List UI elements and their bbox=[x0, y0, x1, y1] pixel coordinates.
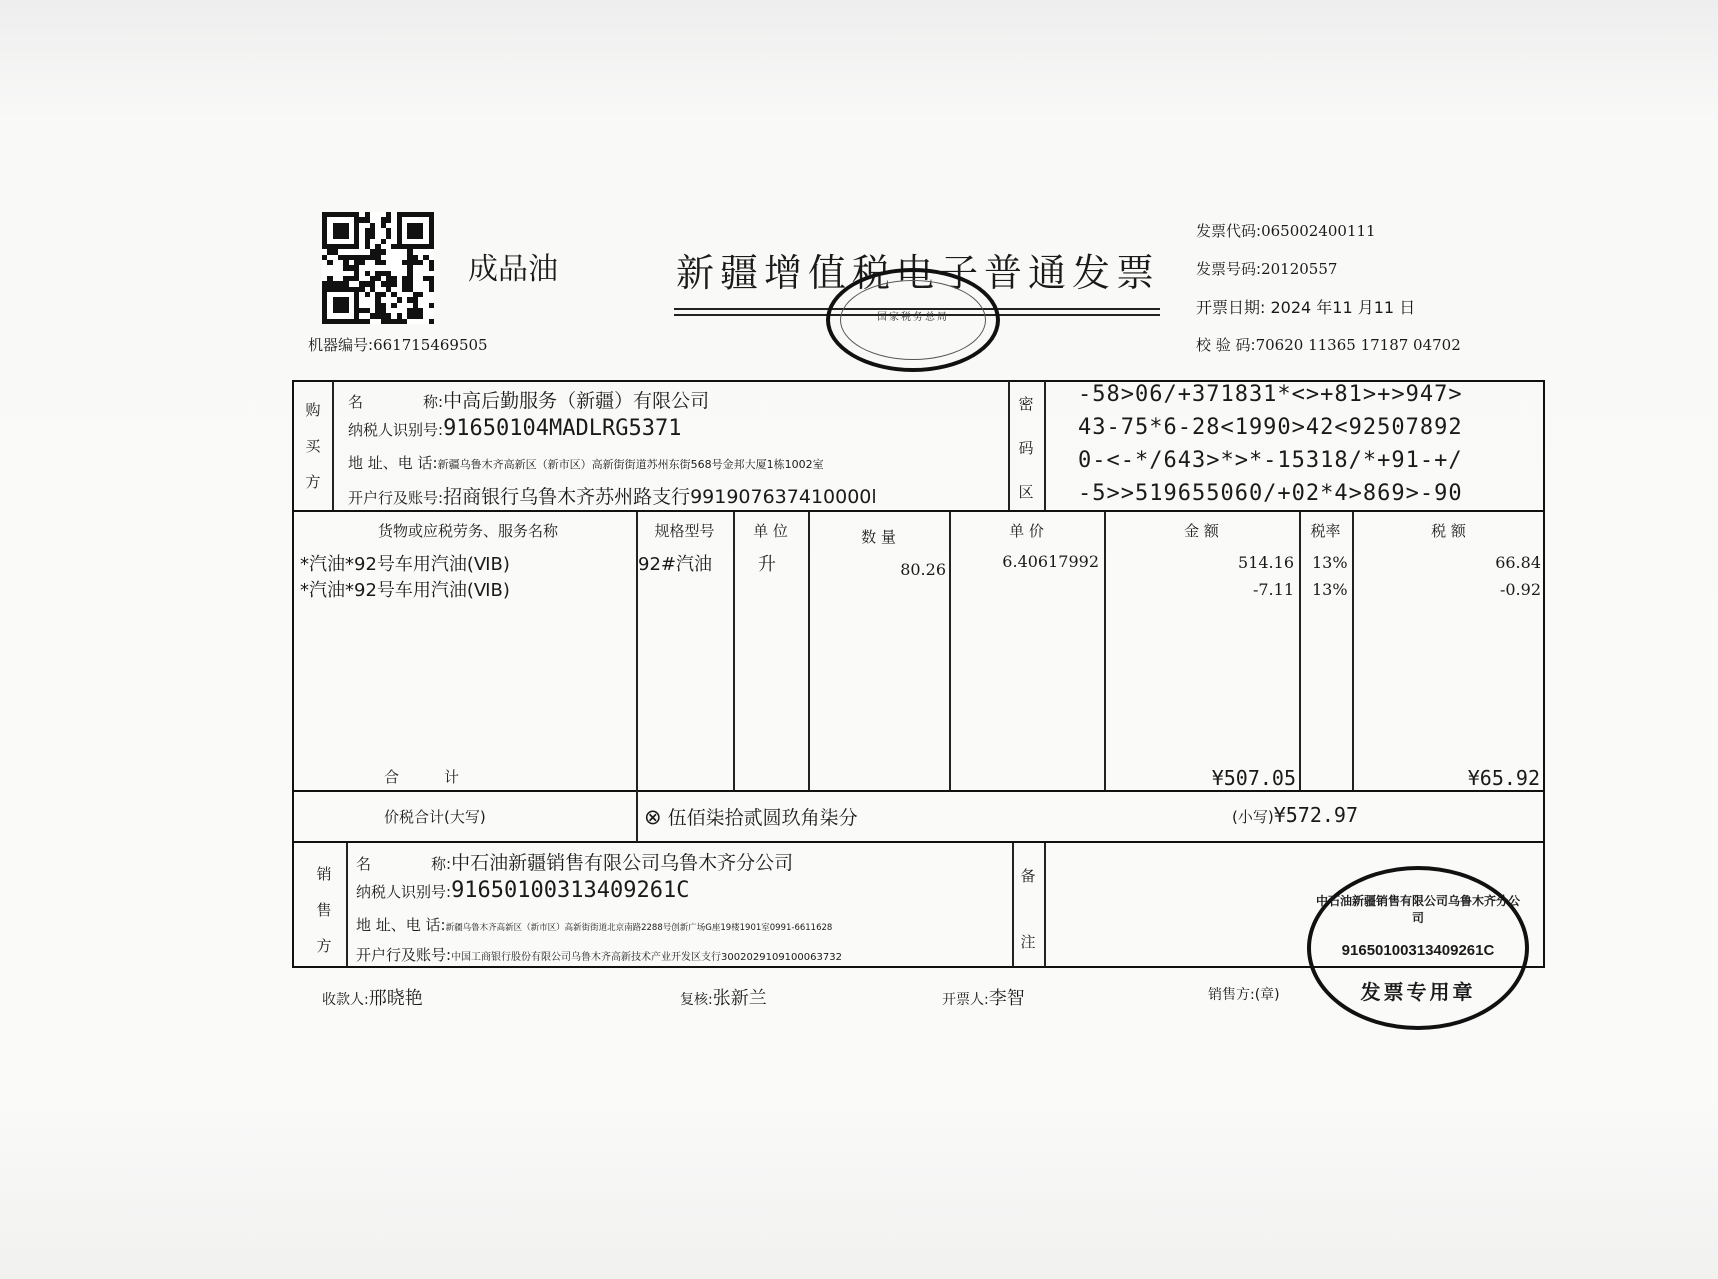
issue-date: 开票日期: 2024 年11 月11 日 bbox=[1196, 295, 1415, 318]
col-header-qty: 数 量 bbox=[808, 526, 949, 547]
cipher-line: 0-<-*/643>*>*-15318/*+91-+/ bbox=[1078, 448, 1463, 473]
invoice-number: 发票号码:20120557 bbox=[1196, 258, 1337, 279]
grand-total-label: 价税合计(大写) bbox=[384, 806, 486, 827]
item-amount: 514.16 bbox=[1104, 553, 1294, 572]
item-amount: -7.11 bbox=[1104, 580, 1294, 599]
total-tax: ¥65.92 bbox=[1352, 766, 1540, 790]
item-tax: 66.84 bbox=[1352, 553, 1541, 572]
col-header-price: 单 价 bbox=[949, 520, 1104, 541]
grand-total-words: ⊗ 伍佰柒拾贰圆玖角柒分 bbox=[644, 803, 858, 830]
invoice-category: 成品油 bbox=[468, 244, 558, 288]
total-amount: ¥507.05 bbox=[1104, 766, 1296, 790]
item-name: *汽油*92号车用汽油(ⅥB) bbox=[300, 550, 510, 576]
item-name: *汽油*92号车用汽油(ⅥB) bbox=[300, 576, 510, 602]
qr-code bbox=[322, 212, 434, 324]
check-code: 校 验 码:70620 11365 17187 04702 bbox=[1196, 334, 1461, 355]
seller-address: 地 址、电 话:新疆乌鲁木齐高新区（新市区）高新街街道北京南路2288号创新广场… bbox=[356, 914, 832, 935]
cipher-line: -58>06/+371831*<>+81>+>947> bbox=[1078, 382, 1463, 407]
buyer-name: 名 称:中高后勤服务（新疆）有限公司 bbox=[348, 386, 709, 413]
reviewer: 复核:张新兰 bbox=[680, 984, 767, 1010]
col-header-tax: 税 额 bbox=[1352, 520, 1545, 541]
col-header-spec: 规格型号 bbox=[636, 520, 733, 541]
seller-bank: 开户行及账号:中国工商银行股份有限公司乌鲁木齐高新技术产业开发区支行300202… bbox=[356, 944, 842, 965]
divider bbox=[1299, 512, 1301, 790]
divider bbox=[1008, 381, 1010, 510]
col-header-unit: 单 位 bbox=[733, 520, 808, 541]
seller-stamp-label: 销售方:(章) bbox=[1208, 984, 1280, 1004]
divider bbox=[346, 843, 348, 967]
grand-total-small: (小写)¥572.97 bbox=[1232, 803, 1358, 827]
col-header-name: 货物或应税劳务、服务名称 bbox=[300, 520, 636, 541]
item-rate: 13% bbox=[1312, 580, 1348, 599]
item-qty: 80.26 bbox=[808, 560, 946, 579]
circle-x-icon: ⊗ bbox=[644, 805, 662, 829]
item-rate: 13% bbox=[1312, 553, 1348, 572]
divider bbox=[292, 790, 1545, 792]
divider bbox=[808, 512, 810, 790]
item-tax: -0.92 bbox=[1352, 580, 1541, 599]
seller-tax-id: 纳税人识别号:91650100313409261C bbox=[356, 878, 689, 903]
divider bbox=[733, 512, 735, 790]
divider bbox=[332, 381, 334, 510]
divider bbox=[292, 510, 1545, 512]
cipher-line: -5>>519655060/+02*4>869>-90 bbox=[1078, 481, 1463, 506]
buyer-side-label: 购 买 方 bbox=[302, 392, 324, 500]
payee: 收款人:邢晓艳 bbox=[322, 984, 423, 1010]
issuer: 开票人:李智 bbox=[942, 984, 1025, 1010]
invoice-code: 发票代码:065002400111 bbox=[1196, 220, 1376, 241]
cipher-line: 43-75*6-28<1990>42<92507892 bbox=[1078, 415, 1463, 440]
col-header-rate: 税率 bbox=[1299, 520, 1352, 541]
seller-invoice-seal: 中石油新疆销售有限公司乌鲁木齐分公司 91650100313409261C 发票… bbox=[1307, 866, 1529, 1030]
tax-bureau-seal: 国家税务总局 bbox=[826, 268, 1000, 372]
invoice-page: 成品油 机器编号:661715469505 新疆增值税电子普通发票 国家税务总局… bbox=[0, 0, 1718, 1279]
item-price: 6.40617992 bbox=[949, 552, 1099, 571]
machine-number: 机器编号:661715469505 bbox=[308, 334, 488, 355]
buyer-tax-id: 纳税人识别号:91650104MADLRG5371 bbox=[348, 416, 681, 441]
buyer-bank: 开户行及账号:招商银行乌鲁木齐苏州路支行991907637410000l bbox=[348, 482, 877, 509]
divider bbox=[1044, 381, 1046, 510]
divider bbox=[1012, 843, 1014, 967]
cipher-side-label: 密 码 区 bbox=[1015, 386, 1037, 510]
seller-name: 名 称:中石油新疆销售有限公司乌鲁木齐分公司 bbox=[356, 848, 793, 875]
buyer-address: 地 址、电 话:新疆乌鲁木齐高新区（新市区）高新街街道苏州东街568号金邦大厦1… bbox=[348, 452, 824, 473]
divider bbox=[292, 841, 1545, 843]
item-spec: 92#汽油 bbox=[638, 550, 712, 576]
machine-number-value: 661715469505 bbox=[373, 336, 488, 354]
remark-label: 备 注 bbox=[1017, 858, 1039, 960]
seller-side-label: 销 售 方 bbox=[313, 856, 335, 964]
col-header-amount: 金 额 bbox=[1104, 520, 1299, 541]
machine-number-label: 机器编号: bbox=[308, 336, 373, 354]
item-unit: 升 bbox=[758, 550, 776, 576]
total-label: 合 计 bbox=[384, 766, 459, 787]
